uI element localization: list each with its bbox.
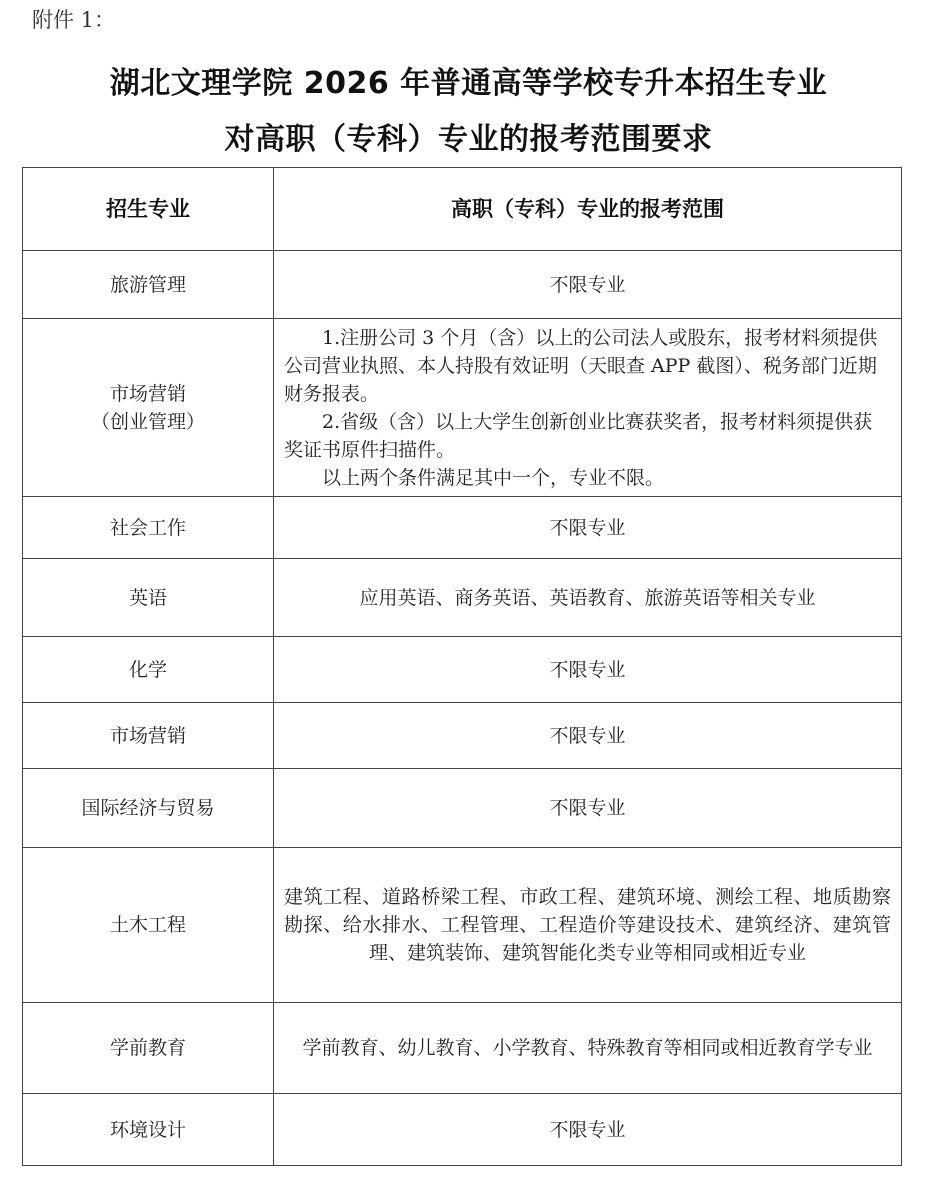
range-cell: 不限专业 bbox=[274, 769, 902, 848]
major-cell: 化学 bbox=[23, 637, 274, 703]
table-row: 社会工作 不限专业 bbox=[23, 497, 902, 559]
major-cell: 土木工程 bbox=[23, 848, 274, 1003]
range-cell: 不限专业 bbox=[274, 251, 902, 319]
table-row: 环境设计 不限专业 bbox=[23, 1094, 902, 1166]
condition-note: 以上两个条件满足其中一个，专业不限。 bbox=[284, 464, 891, 492]
table-row: 国际经济与贸易 不限专业 bbox=[23, 769, 902, 848]
attachment-label: 附件 1： bbox=[32, 4, 115, 34]
major-cell: 社会工作 bbox=[23, 497, 274, 559]
table-row: 旅游管理 不限专业 bbox=[23, 251, 902, 319]
admission-requirements-table: 招生专业 高职（专科）专业的报考范围 旅游管理 不限专业 市场营销 （创业管理）… bbox=[22, 167, 902, 1166]
range-cell: 不限专业 bbox=[274, 637, 902, 703]
major-cell: 环境设计 bbox=[23, 1094, 274, 1166]
range-cell: 1.注册公司 3 个月（含）以上的公司法人或股东，报考材料须提供公司营业执照、本… bbox=[274, 319, 902, 497]
table-row: 土木工程 建筑工程、道路桥梁工程、市政工程、建筑环境、测绘工程、地质勘察勘探、给… bbox=[23, 848, 902, 1003]
range-text: 学前教育、幼儿教育、小学教育、特殊教育等相同或相近教育学专业 bbox=[284, 1034, 891, 1062]
major-name: 市场营销 bbox=[29, 380, 267, 408]
condition-1: 1.注册公司 3 个月（含）以上的公司法人或股东，报考材料须提供公司营业执照、本… bbox=[284, 324, 891, 408]
condition-2: 2.省级（含）以上大学生创新创业比赛获奖者，报考材料须提供获奖证书原件扫描件。 bbox=[284, 408, 891, 464]
range-cell: 不限专业 bbox=[274, 1094, 902, 1166]
document-title-line2: 对高职（专科）专业的报考范围要求 bbox=[0, 114, 937, 158]
range-cell: 建筑工程、道路桥梁工程、市政工程、建筑环境、测绘工程、地质勘察勘探、给水排水、工… bbox=[274, 848, 902, 1003]
major-subtitle: （创业管理） bbox=[29, 408, 267, 436]
table-header-row: 招生专业 高职（专科）专业的报考范围 bbox=[23, 168, 902, 251]
table-row: 化学 不限专业 bbox=[23, 637, 902, 703]
range-cell: 应用英语、商务英语、英语教育、旅游英语等相关专业 bbox=[274, 559, 902, 637]
range-cell: 不限专业 bbox=[274, 703, 902, 769]
major-cell: 旅游管理 bbox=[23, 251, 274, 319]
header-major: 招生专业 bbox=[23, 168, 274, 251]
table-row: 学前教育 学前教育、幼儿教育、小学教育、特殊教育等相同或相近教育学专业 bbox=[23, 1003, 902, 1094]
major-cell: 市场营销 bbox=[23, 703, 274, 769]
major-cell: 学前教育 bbox=[23, 1003, 274, 1094]
range-cell: 不限专业 bbox=[274, 497, 902, 559]
header-range: 高职（专科）专业的报考范围 bbox=[274, 168, 902, 251]
range-text: 建筑工程、道路桥梁工程、市政工程、建筑环境、测绘工程、地质勘察勘探、给水排水、工… bbox=[284, 883, 891, 967]
major-cell: 国际经济与贸易 bbox=[23, 769, 274, 848]
major-cell: 英语 bbox=[23, 559, 274, 637]
document-title-line1: 湖北文理学院 2026 年普通高等学校专升本招生专业 bbox=[0, 58, 937, 102]
table-row: 英语 应用英语、商务英语、英语教育、旅游英语等相关专业 bbox=[23, 559, 902, 637]
major-cell: 市场营销 （创业管理） bbox=[23, 319, 274, 497]
table-row: 市场营销 （创业管理） 1.注册公司 3 个月（含）以上的公司法人或股东，报考材… bbox=[23, 319, 902, 497]
range-cell: 学前教育、幼儿教育、小学教育、特殊教育等相同或相近教育学专业 bbox=[274, 1003, 902, 1094]
table-row: 市场营销 不限专业 bbox=[23, 703, 902, 769]
